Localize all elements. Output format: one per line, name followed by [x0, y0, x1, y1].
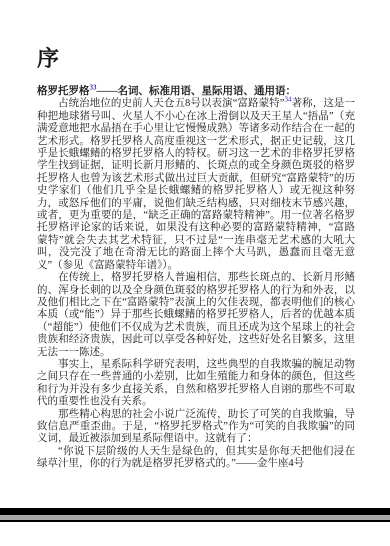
paragraph-quote: “你说下层阶级的人天生是绿色的，但其实是你每天把他们浸在绿草汁里，你的行为就是格… [37, 446, 355, 471]
footnote-ref-33[interactable]: 33 [90, 84, 97, 92]
definition-rest: ——名词、标准用语、星际用语、通用语： [97, 86, 297, 97]
paragraph-slang: 那些精心构思的社会小说广泛流传，助长了可笑的自我欺骗，导致信息严重歪曲。于是，“… [37, 409, 355, 446]
book-page: 序 格罗托罗格33——名词、标准用语、星际用语、通用语： 占统治地位的史前人天仓… [0, 0, 390, 546]
preface-text: 格罗托罗格33——名词、标准用语、星际用语、通用语： 占统治地位的史前人天仓五8… [0, 72, 390, 471]
divider-thin-black-line [0, 520, 390, 522]
paragraph-flummot-before-sup: 占统治地位的史前人天仓五8号以表演“富路蒙特” [58, 98, 284, 109]
page-bottom-divider [0, 508, 390, 522]
paragraph-flummot: 占统治地位的史前人天仓五8号以表演“富路蒙特”34著称，这是一种把地球猪号叫、火… [37, 98, 355, 272]
divider-black-bar [0, 508, 390, 515]
page-title: 序 [0, 0, 390, 72]
definition-line: 格罗托罗格33——名词、标准用语、星际用语、通用语： [37, 86, 355, 98]
paragraph-flummot-after-sup: 著称，这是一种把地球猪号叫、火星人不小心在冰上滑倒以及天王星人“捂晶”（充满爱意… [37, 98, 355, 270]
definition-term: 格罗托罗格 [37, 86, 90, 97]
paragraph-science: 事实上，星系际科学研究表明，这些典型的自我欺骗的腕足动物之间只存在一些普通的小差… [37, 359, 355, 409]
paragraph-tradition: 在传统上，格罗托罗格人普遍相信，那些长斑点的、长新月形鳍的、浑身长刺的以及全身颜… [37, 272, 355, 359]
